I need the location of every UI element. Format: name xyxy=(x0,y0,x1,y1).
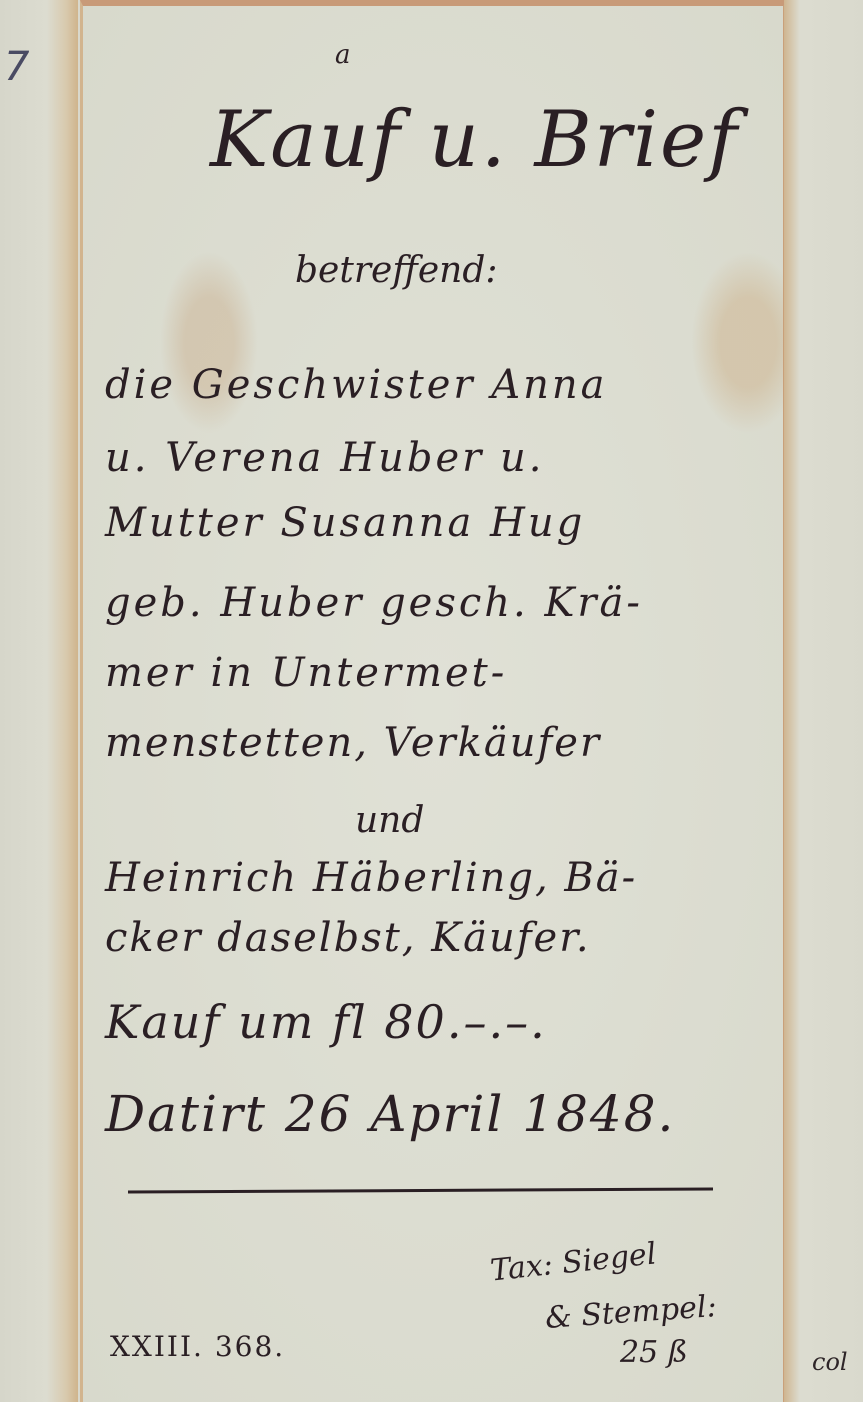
body-line-conjunction: und xyxy=(355,800,424,841)
body-line: Heinrich Häberling, Bä- xyxy=(105,855,637,901)
archive-reference-number: XXIII. 368. xyxy=(110,1330,285,1363)
body-line: u. Verena Huber u. xyxy=(105,435,544,481)
date-line: Datirt 26 April 1848. xyxy=(105,1085,675,1143)
document-title: Kauf u. Brief xyxy=(210,95,739,185)
tax-amount: 25 ß xyxy=(620,1335,688,1370)
purchase-price-line: Kauf um fl 80.–.–. xyxy=(105,995,547,1049)
title-accent-mark: a xyxy=(335,40,351,70)
document-subtitle: betreffend: xyxy=(295,250,498,291)
body-line: cker daselbst, Käufer. xyxy=(105,915,591,961)
right-margin-note: col xyxy=(812,1348,848,1376)
body-line: menstetten, Verkäufer xyxy=(105,720,601,766)
body-line: mer in Untermet- xyxy=(105,650,507,696)
body-line: geb. Huber gesch. Krä- xyxy=(105,580,643,626)
body-line: die Geschwister Anna xyxy=(105,362,608,408)
adjacent-page-right xyxy=(784,0,863,1402)
body-line: Mutter Susanna Hug xyxy=(105,500,585,546)
margin-page-number: 7 xyxy=(4,44,29,90)
adjacent-page-left xyxy=(0,0,78,1402)
